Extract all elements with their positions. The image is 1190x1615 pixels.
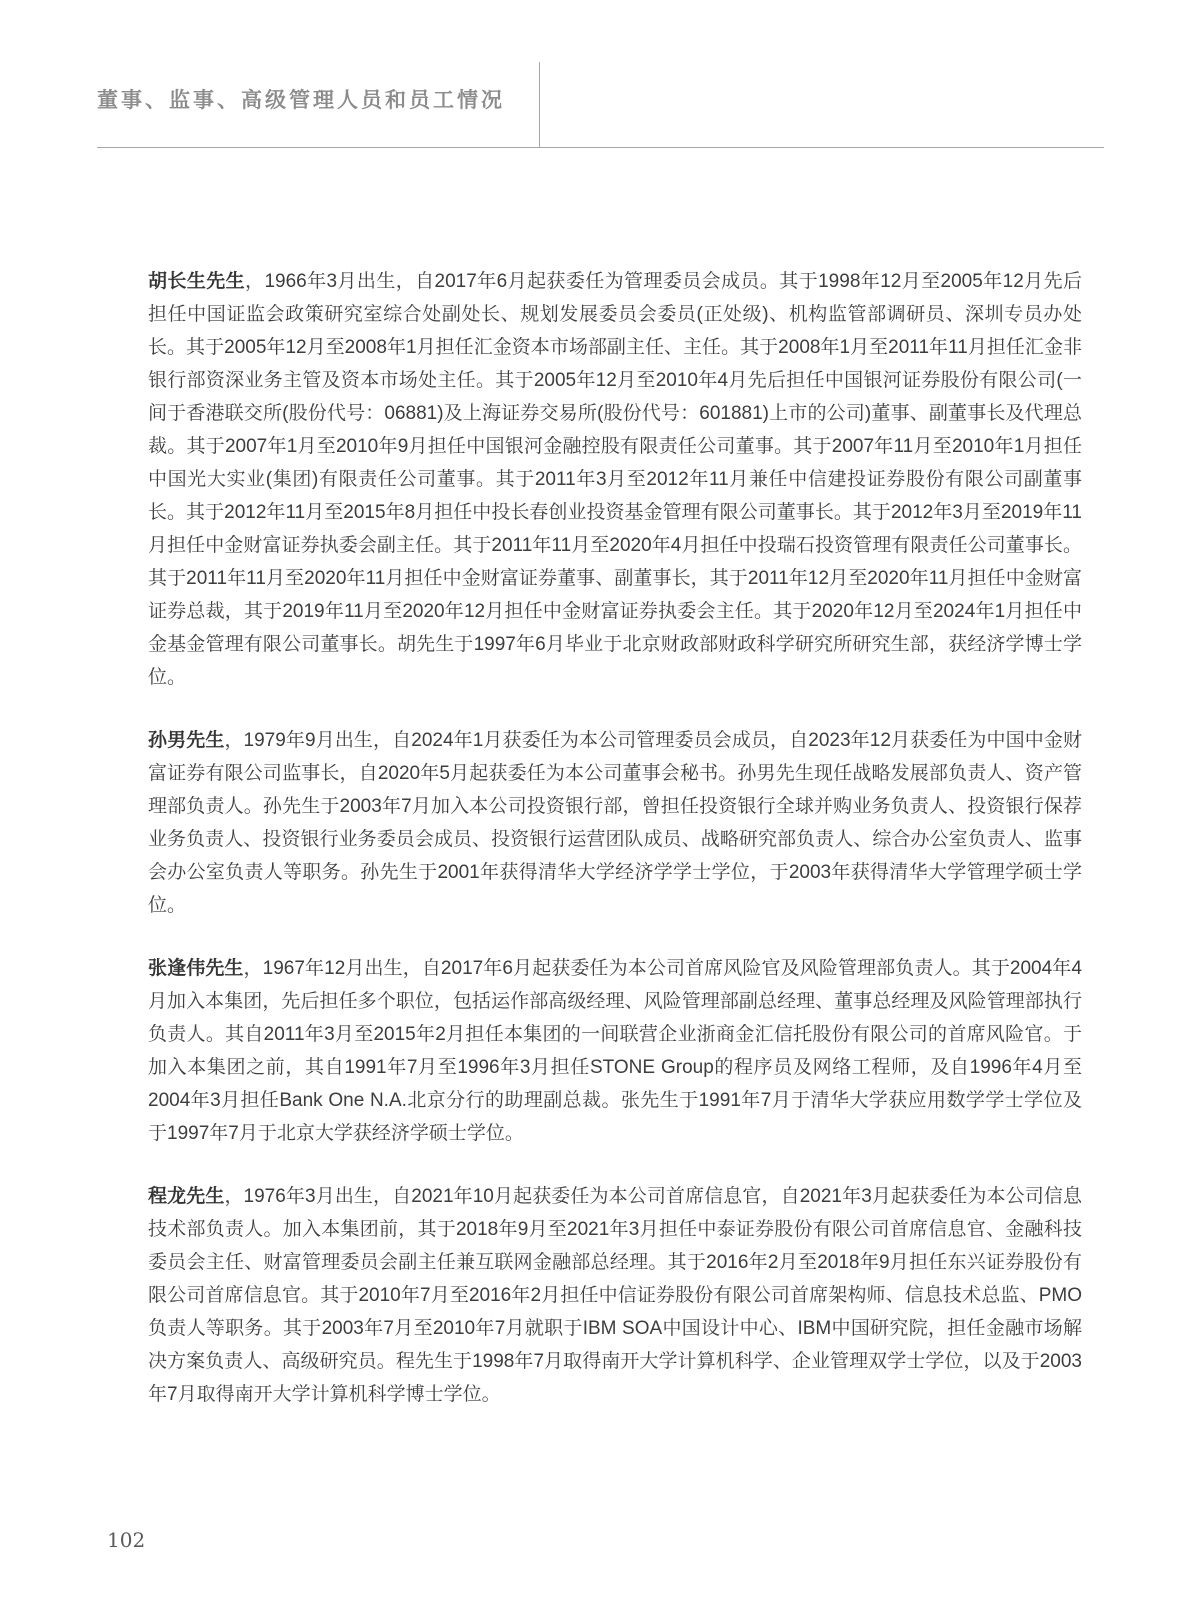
page-number: 102: [107, 1528, 145, 1552]
bio-text-hu-changsheng: ，1966年3月出生，自2017年6月起获委任为管理委员会成员。其于1998年1…: [148, 271, 1082, 688]
header-vertical-divider: [539, 62, 540, 148]
bio-paragraph-cheng-long: 程龙先生，1976年3月出生，自2021年10月起获委任为本公司首席信息官，自2…: [148, 1180, 1082, 1411]
bio-name-cheng-long: 程龙先生: [148, 1186, 224, 1207]
bio-paragraph-hu-changsheng: 胡长生先生，1966年3月出生，自2017年6月起获委任为管理委员会成员。其于1…: [148, 265, 1082, 694]
bio-name-zhang-fengwei: 张逢伟先生: [148, 958, 244, 979]
bio-paragraph-sun-nan: 孙男先生，1979年9月出生，自2024年1月获委任为本公司管理委员会成员，自2…: [148, 724, 1082, 922]
page-title: 董事、监事、高级管理人员和员工情况: [97, 84, 505, 114]
bio-text-zhang-fengwei: ，1967年12月出生，自2017年6月起获委任为本公司首席风险官及风险管理部负…: [148, 958, 1082, 1144]
bio-paragraph-zhang-fengwei: 张逢伟先生，1967年12月出生，自2017年6月起获委任为本公司首席风险官及风…: [148, 952, 1082, 1150]
header-horizontal-rule: [97, 147, 1104, 148]
bio-text-sun-nan: ，1979年9月出生，自2024年1月获委任为本公司管理委员会成员，自2023年…: [148, 730, 1082, 916]
document-page: 董事、监事、高级管理人员和员工情况 胡长生先生，1966年3月出生，自2017年…: [0, 0, 1190, 1615]
bio-name-hu-changsheng: 胡长生先生: [148, 271, 245, 292]
bio-name-sun-nan: 孙男先生: [148, 730, 224, 751]
bio-text-cheng-long: ，1976年3月出生，自2021年10月起获委任为本公司首席信息官，自2021年…: [148, 1186, 1082, 1405]
bio-content: 胡长生先生，1966年3月出生，自2017年6月起获委任为管理委员会成员。其于1…: [148, 265, 1082, 1411]
